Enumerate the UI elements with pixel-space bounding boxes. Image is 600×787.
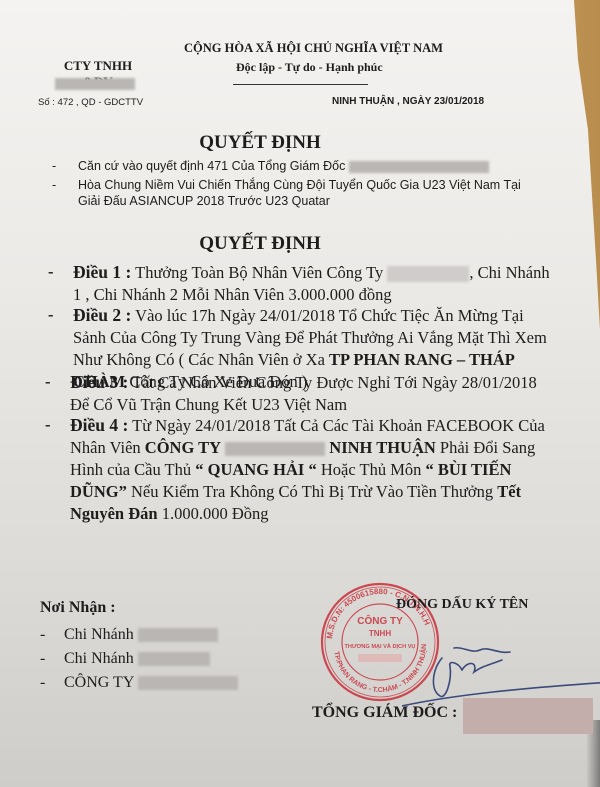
redacted-branch	[138, 652, 210, 666]
basis-list: - Căn cứ vào quyết định 471 Của Tổng Giá…	[52, 158, 532, 212]
redacted-company	[387, 266, 469, 282]
article-3: - Điều 3 : Tất Cả Nhân Viên Công Ty Được…	[45, 371, 555, 416]
national-motto: Độc lập - Tự do - Hạnh phúc	[236, 60, 383, 75]
place-date: NINH THUẬN , NGÀY 23/01/2018	[332, 96, 484, 107]
svg-text:TNHH: TNHH	[369, 629, 391, 638]
article-label: Điều 1 :	[73, 262, 131, 282]
motto-underline	[233, 84, 368, 85]
basis-item: - Hòa Chung Niềm Vui Chiến Thắng Cùng Độ…	[52, 177, 532, 209]
basis-item: - Căn cứ vào quyết định 471 Của Tổng Giá…	[52, 158, 532, 174]
redacted-director-name	[463, 698, 593, 734]
national-title: CỘNG HÒA XÃ HỘI CHỦ NGHĨA VIỆT NAM	[184, 41, 443, 56]
article-label: Điều 2 :	[73, 305, 131, 325]
redacted-name	[349, 161, 489, 173]
decision-title: QUYẾT ĐỊNH	[0, 233, 520, 255]
article-label: Điều 4 :	[70, 415, 128, 435]
basis-text: Căn cứ vào quyết định 471 Của Tổng Giám …	[78, 158, 532, 174]
recipients: Nơi Nhận : - Chi Nhánh - Chi Nhánh - CÔN…	[40, 599, 238, 695]
redacted-stamp-name	[358, 654, 402, 662]
bullet-dash: -	[52, 177, 78, 209]
redacted-branch	[138, 628, 218, 642]
recipient-item: - Chi Nhánh	[40, 647, 238, 671]
redacted-org-name	[55, 78, 135, 90]
recipient-item: - CÔNG TY	[40, 671, 238, 695]
document-number: Số : 472 , QD - GDCTTV	[38, 97, 143, 108]
article-label: Điều 3 :	[70, 372, 128, 392]
document-title: QUYẾT ĐỊNH	[0, 132, 520, 154]
bullet-dash: -	[52, 158, 78, 174]
basis-text: Hòa Chung Niềm Vui Chiến Thắng Cùng Đội …	[78, 177, 532, 209]
director-label: TỔNG GIÁM ĐỐC :	[312, 704, 457, 722]
redacted-company	[138, 676, 238, 690]
article-1: - Điều 1 : Thưởng Toàn Bộ Nhân Viên Công…	[48, 261, 558, 306]
svg-text:CÔNG TY: CÔNG TY	[357, 614, 403, 627]
redacted-company	[225, 442, 325, 456]
recipient-item: - Chi Nhánh	[40, 623, 238, 647]
stamp-sign-label: ĐÓNG DẤU KÝ TÊN	[396, 597, 528, 613]
recipients-heading: Nơi Nhận :	[40, 599, 238, 617]
article-4: - Điều 4 : Từ Ngày 24/01/2018 Tất Cả Các…	[45, 414, 555, 525]
